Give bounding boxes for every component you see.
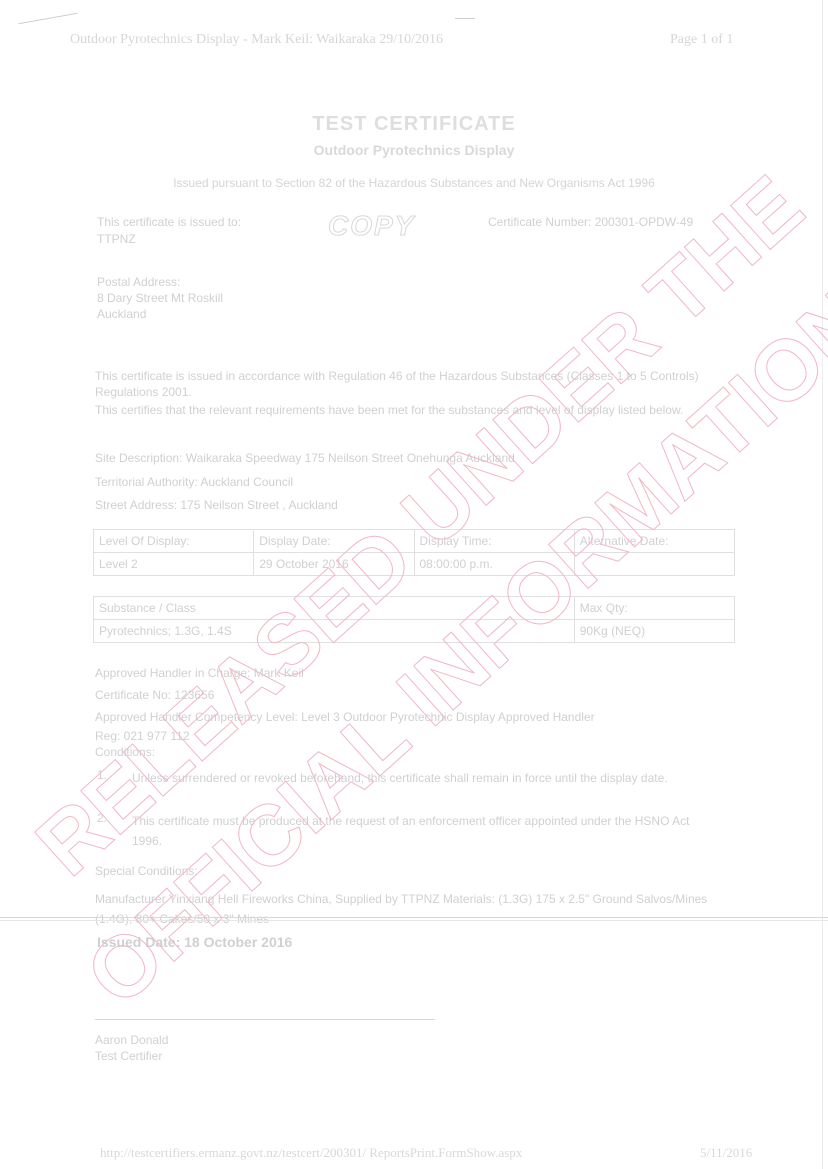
oia-watermark: RELEASED UNDER THE OFFICIAL INFORMATION …: [0, 0, 828, 1169]
watermark-line-1: RELEASED UNDER THE: [18, 158, 821, 894]
